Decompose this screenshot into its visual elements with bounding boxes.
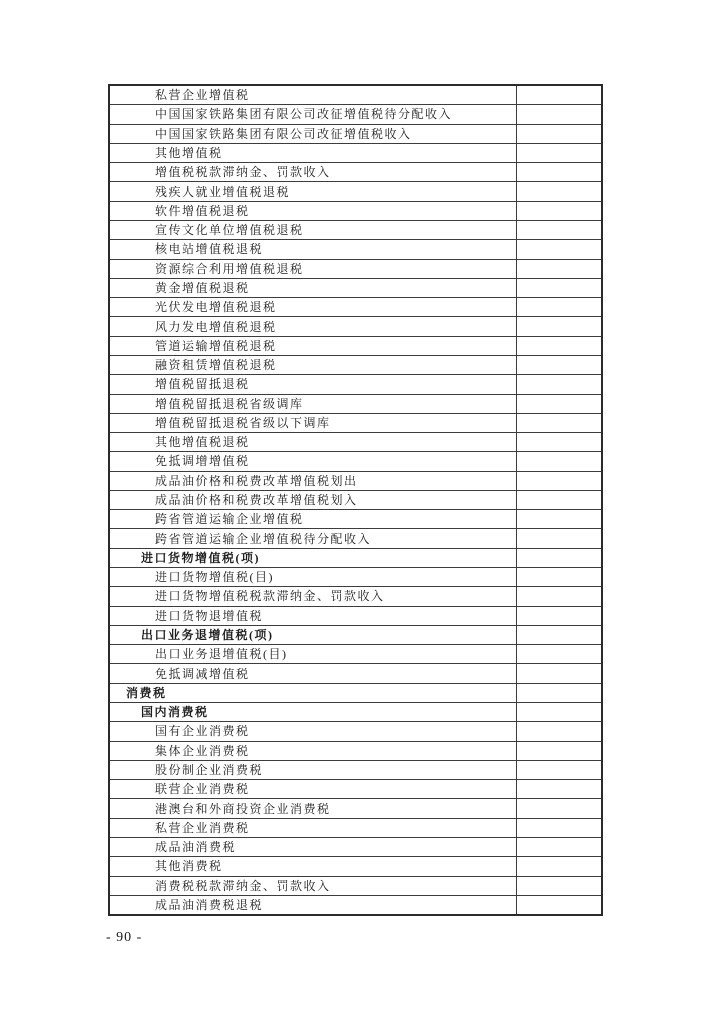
table-row: 增值税留抵退税省级调库 — [110, 395, 601, 414]
table-row: 软件增值税退税 — [110, 202, 601, 221]
tax-item-value-cell — [517, 761, 601, 779]
tax-item-label: 成品油消费税 — [110, 838, 517, 856]
table-row: 集体企业消费税 — [110, 742, 601, 761]
tax-item-value-cell — [517, 510, 601, 528]
table-row: 中国国家铁路集团有限公司改征增值税待分配收入 — [110, 105, 601, 124]
tax-item-value-cell — [517, 568, 601, 586]
table-row: 成品油消费税 — [110, 838, 601, 857]
tax-item-label: 中国国家铁路集团有限公司改征增值税待分配收入 — [110, 105, 517, 123]
table-row: 国内消费税 — [110, 703, 601, 722]
table-row: 其他增值税 — [110, 144, 601, 163]
tax-item-value-cell — [517, 742, 601, 760]
table-row: 成品油价格和税费改革增值税划出 — [110, 472, 601, 491]
table-row: 其他增值税退税 — [110, 433, 601, 452]
tax-item-label: 光伏发电增值税退税 — [110, 298, 517, 316]
tax-item-label: 进口货物退增值税 — [110, 607, 517, 625]
table-row: 进口货物增值税(目) — [110, 568, 601, 587]
tax-item-label: 出口业务退增值税(目) — [110, 645, 517, 663]
tax-item-value-cell — [517, 819, 601, 837]
tax-item-value-cell — [517, 549, 601, 567]
table-row: 免抵调减增值税 — [110, 664, 601, 683]
tax-item-value-cell — [517, 472, 601, 490]
tax-item-value-cell — [517, 240, 601, 258]
tax-item-label: 进口货物增值税(项) — [110, 549, 517, 567]
table-row: 资源综合利用增值税退税 — [110, 260, 601, 279]
tax-item-label: 黄金增值税退税 — [110, 279, 517, 297]
tax-item-value-cell — [517, 221, 601, 239]
tax-item-value-cell — [517, 664, 601, 682]
tax-item-value-cell — [517, 375, 601, 393]
table-row: 中国国家铁路集团有限公司改征增值税收入 — [110, 125, 601, 144]
tax-item-label: 增值税留抵退税 — [110, 375, 517, 393]
tax-item-label: 软件增值税退税 — [110, 202, 517, 220]
tax-item-label: 增值税留抵退税省级以下调库 — [110, 414, 517, 432]
tax-item-label: 残疾人就业增值税退税 — [110, 182, 517, 200]
table-row: 增值税留抵退税 — [110, 375, 601, 394]
tax-item-value-cell — [517, 356, 601, 374]
tax-item-value-cell — [517, 202, 601, 220]
tax-item-label: 免抵调增增值税 — [110, 452, 517, 470]
tax-item-value-cell — [517, 780, 601, 798]
table-row: 残疾人就业增值税退税 — [110, 182, 601, 201]
tax-item-value-cell — [517, 414, 601, 432]
tax-item-label: 其他消费税 — [110, 857, 517, 875]
tax-item-label: 成品油价格和税费改革增值税划入 — [110, 491, 517, 509]
tax-item-value-cell — [517, 838, 601, 856]
tax-item-label: 跨省管道运输企业增值税 — [110, 510, 517, 528]
tax-item-value-cell — [517, 587, 601, 605]
table-row: 出口业务退增值税(项) — [110, 626, 601, 645]
table-row: 光伏发电增值税退税 — [110, 298, 601, 317]
tax-item-value-cell — [517, 896, 601, 914]
tax-item-label: 中国国家铁路集团有限公司改征增值税收入 — [110, 125, 517, 143]
table-row: 免抵调增增值税 — [110, 452, 601, 471]
tax-item-label: 资源综合利用增值税退税 — [110, 260, 517, 278]
tax-item-label: 成品油价格和税费改革增值税划出 — [110, 472, 517, 490]
tax-item-value-cell — [517, 626, 601, 644]
table-row: 消费税税款滞纳金、罚款收入 — [110, 877, 601, 896]
tax-item-value-cell — [517, 317, 601, 335]
tax-item-label: 成品油消费税退税 — [110, 896, 517, 914]
table-row: 宣传文化单位增值税退税 — [110, 221, 601, 240]
tax-item-label: 国有企业消费税 — [110, 722, 517, 740]
table-row: 跨省管道运输企业增值税待分配收入 — [110, 529, 601, 548]
table-row: 股份制企业消费税 — [110, 761, 601, 780]
table-row: 进口货物退增值税 — [110, 607, 601, 626]
table-row: 港澳台和外商投资企业消费税 — [110, 799, 601, 818]
tax-item-value-cell — [517, 703, 601, 721]
table-row: 融资租赁增值税退税 — [110, 356, 601, 375]
document-page: 私营企业增值税中国国家铁路集团有限公司改征增值税待分配收入中国国家铁路集团有限公… — [0, 0, 714, 1010]
tax-item-label: 进口货物增值税税款滞纳金、罚款收入 — [110, 587, 517, 605]
tax-item-value-cell — [517, 163, 601, 181]
tax-item-value-cell — [517, 395, 601, 413]
tax-item-label: 免抵调减增值税 — [110, 664, 517, 682]
tax-item-label: 增值税留抵退税省级调库 — [110, 395, 517, 413]
tax-item-label: 跨省管道运输企业增值税待分配收入 — [110, 529, 517, 547]
tax-item-label: 消费税 — [110, 684, 517, 702]
table-row: 增值税留抵退税省级以下调库 — [110, 414, 601, 433]
tax-item-value-cell — [517, 799, 601, 817]
tax-item-label: 进口货物增值税(目) — [110, 568, 517, 586]
tax-item-value-cell — [517, 452, 601, 470]
table-row: 国有企业消费税 — [110, 722, 601, 741]
tax-item-value-cell — [517, 684, 601, 702]
tax-item-label: 国内消费税 — [110, 703, 517, 721]
tax-item-value-cell — [517, 645, 601, 663]
tax-item-value-cell — [517, 144, 601, 162]
tax-item-label: 联营企业消费税 — [110, 780, 517, 798]
tax-item-label: 融资租赁增值税退税 — [110, 356, 517, 374]
tax-item-value-cell — [517, 857, 601, 875]
table-row: 风力发电增值税退税 — [110, 317, 601, 336]
tax-item-value-cell — [517, 279, 601, 297]
tax-item-label: 集体企业消费税 — [110, 742, 517, 760]
tax-item-label: 私营企业增值税 — [110, 86, 517, 104]
tax-item-value-cell — [517, 182, 601, 200]
tax-item-value-cell — [517, 337, 601, 355]
table-row: 成品油消费税退税 — [110, 896, 601, 914]
table-row: 进口货物增值税(项) — [110, 549, 601, 568]
tax-item-value-cell — [517, 86, 601, 104]
tax-item-label: 增值税税款滞纳金、罚款收入 — [110, 163, 517, 181]
tax-item-value-cell — [517, 433, 601, 451]
table-row: 跨省管道运输企业增值税 — [110, 510, 601, 529]
tax-item-value-cell — [517, 298, 601, 316]
tax-item-label: 其他增值税退税 — [110, 433, 517, 451]
tax-item-label: 宣传文化单位增值税退税 — [110, 221, 517, 239]
tax-item-value-cell — [517, 105, 601, 123]
tax-item-label: 出口业务退增值税(项) — [110, 626, 517, 644]
tax-item-label: 港澳台和外商投资企业消费税 — [110, 799, 517, 817]
table-row: 私营企业消费税 — [110, 819, 601, 838]
table-row: 增值税税款滞纳金、罚款收入 — [110, 163, 601, 182]
tax-item-value-cell — [517, 125, 601, 143]
tax-item-label: 风力发电增值税退税 — [110, 317, 517, 335]
tax-item-label: 管道运输增值税退税 — [110, 337, 517, 355]
table-row: 联营企业消费税 — [110, 780, 601, 799]
table-row: 消费税 — [110, 684, 601, 703]
tax-item-label: 股份制企业消费税 — [110, 761, 517, 779]
tax-item-label: 其他增值税 — [110, 144, 517, 162]
table-row: 管道运输增值税退税 — [110, 337, 601, 356]
tax-item-value-cell — [517, 529, 601, 547]
table-row: 其他消费税 — [110, 857, 601, 876]
tax-item-label: 消费税税款滞纳金、罚款收入 — [110, 877, 517, 895]
table-row: 黄金增值税退税 — [110, 279, 601, 298]
table-row: 成品油价格和税费改革增值税划入 — [110, 491, 601, 510]
tax-classification-table: 私营企业增值税中国国家铁路集团有限公司改征增值税待分配收入中国国家铁路集团有限公… — [108, 84, 603, 916]
page-number: - 90 - — [106, 930, 142, 946]
tax-item-value-cell — [517, 607, 601, 625]
table-row: 进口货物增值税税款滞纳金、罚款收入 — [110, 587, 601, 606]
tax-item-label: 核电站增值税退税 — [110, 240, 517, 258]
tax-item-value-cell — [517, 491, 601, 509]
table-row: 私营企业增值税 — [110, 86, 601, 105]
table-row: 核电站增值税退税 — [110, 240, 601, 259]
tax-item-value-cell — [517, 722, 601, 740]
tax-item-value-cell — [517, 260, 601, 278]
tax-item-label: 私营企业消费税 — [110, 819, 517, 837]
tax-item-value-cell — [517, 877, 601, 895]
table-row: 出口业务退增值税(目) — [110, 645, 601, 664]
